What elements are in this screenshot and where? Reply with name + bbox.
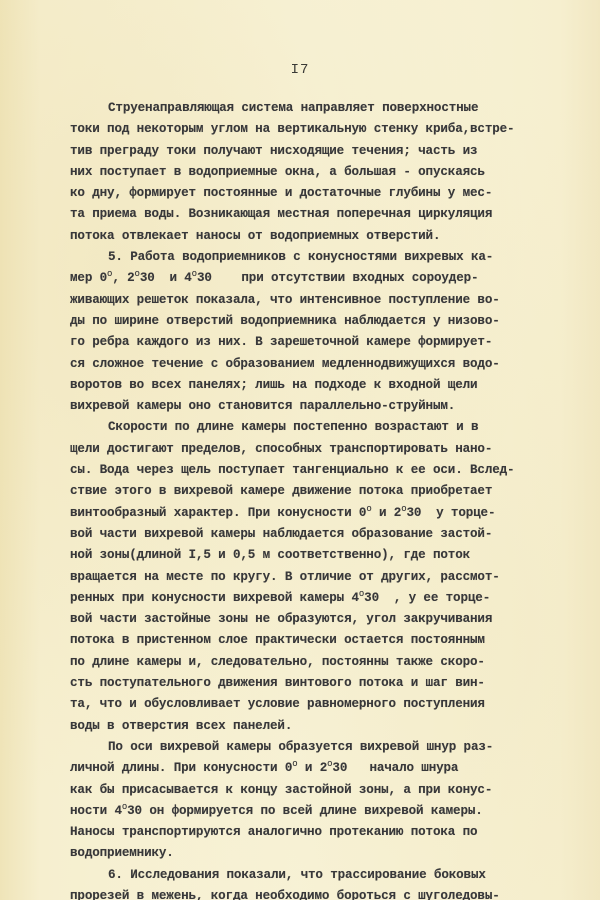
text-line: ности 4о30 он формируется по всей длине … <box>70 801 590 822</box>
text-line: вой части вихревой камеры наблюдается об… <box>70 524 590 545</box>
text-line: Наносы транспортируются аналогично проте… <box>70 822 590 843</box>
text-line: 5. Работа водоприемников с конусностями … <box>70 247 590 268</box>
degree-superscript: о <box>359 589 364 599</box>
text-line: винтообразный характер. При конусности 0… <box>70 503 590 524</box>
text-line: Струенаправляющая система направляет пов… <box>70 98 590 119</box>
text-line: го ребра каждого из них. В зарешеточной … <box>70 332 590 353</box>
text-line: вой части застойные зоны не образуются, … <box>70 609 590 630</box>
text-line: вихревой камеры оно становится параллель… <box>70 396 590 417</box>
degree-superscript: о <box>122 802 127 812</box>
degree-superscript: о <box>292 759 297 769</box>
document-body: Струенаправляющая система направляет пов… <box>70 98 590 900</box>
text-line: потока отвлекает наносы от водоприемных … <box>70 226 590 247</box>
text-line: них поступает в водоприемные окна, а бол… <box>70 162 590 183</box>
text-line: вращается на месте по кругу. В отличие о… <box>70 567 590 588</box>
text-line: По оси вихревой камеры образуется вихрев… <box>70 737 590 758</box>
degree-superscript: о <box>107 269 112 279</box>
text-line: ды по ширине отверстий водоприемника наб… <box>70 311 590 332</box>
degree-superscript: о <box>135 269 140 279</box>
degree-superscript: о <box>192 269 197 279</box>
text-line: потока в пристенном слое практически ост… <box>70 630 590 651</box>
text-line: щели достигают пределов, способных транс… <box>70 439 590 460</box>
degree-superscript: о <box>401 504 406 514</box>
text-line: ко дну, формирует постоянные и достаточн… <box>70 183 590 204</box>
text-line: водоприемнику. <box>70 843 590 864</box>
page-number: I7 <box>0 62 600 78</box>
text-line: Скорости по длине камеры постепенно возр… <box>70 417 590 438</box>
text-line: мер 0о, 2о30 и 4о30 при отсутствии входн… <box>70 268 590 289</box>
text-line: прорезей в межень, когда необходимо боро… <box>70 886 590 900</box>
degree-superscript: о <box>366 504 371 514</box>
text-line: тив преграду токи получают нисходящие те… <box>70 141 590 162</box>
degree-superscript: о <box>327 759 332 769</box>
text-line: ренных при конусности вихревой камеры 4о… <box>70 588 590 609</box>
text-line: ствие этого в вихревой камере движение п… <box>70 481 590 502</box>
text-line: та, что и обусловливает условие равномер… <box>70 694 590 715</box>
text-line: та приема воды. Возникающая местная попе… <box>70 204 590 225</box>
text-line: воды в отверстия всех панелей. <box>70 716 590 737</box>
text-line: как бы присасывается к концу застойной з… <box>70 780 590 801</box>
text-line: по длине камеры и, следовательно, постоя… <box>70 652 590 673</box>
text-line: воротов во всех панелях; лишь на подходе… <box>70 375 590 396</box>
text-line: токи под некоторым углом на вертикальную… <box>70 119 590 140</box>
document-page: I7 Струенаправляющая система направляет … <box>0 0 600 900</box>
text-line: 6. Исследования показали, что трассирова… <box>70 865 590 886</box>
text-line: сть поступательного движения винтового п… <box>70 673 590 694</box>
text-line: сы. Вода через щель поступает тангенциал… <box>70 460 590 481</box>
text-line: ной зоны(длиной I,5 и 0,5 м соответствен… <box>70 545 590 566</box>
text-line: личной длины. При конусности 0о и 2о30 н… <box>70 758 590 779</box>
text-line: ся сложное течение с образованием медлен… <box>70 354 590 375</box>
text-line: живающих решеток показала, что интенсивн… <box>70 290 590 311</box>
